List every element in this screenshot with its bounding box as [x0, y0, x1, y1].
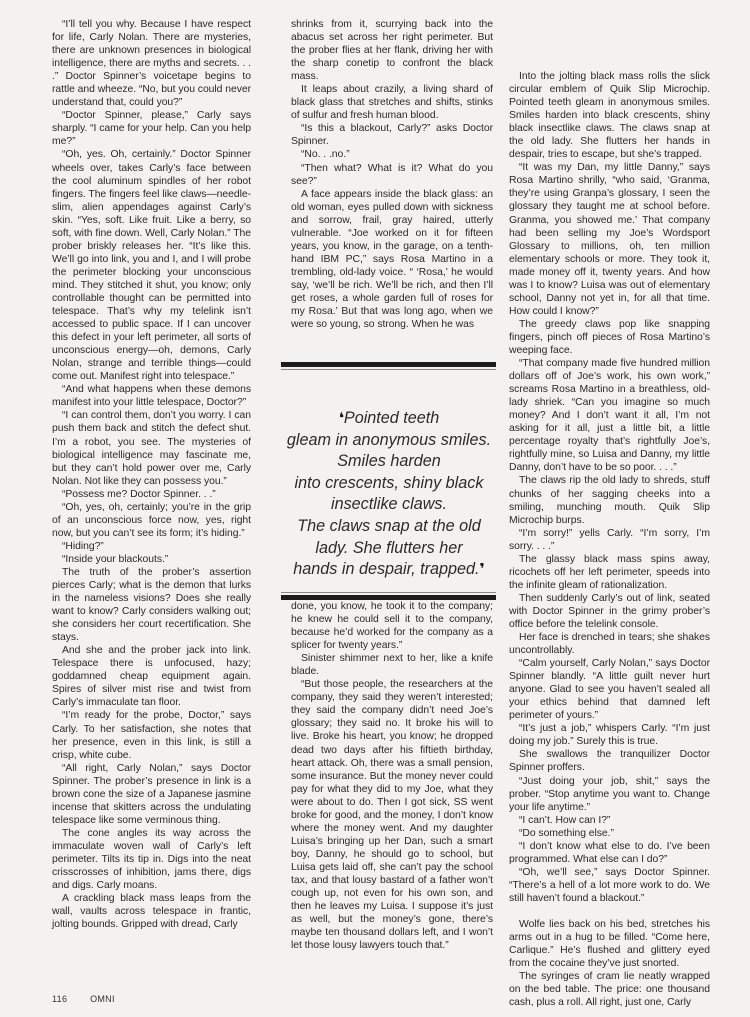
pull-quote-line-1: ❛Pointed teeth — [283, 408, 495, 430]
paragraph: Her face is drenched in tears; she shake… — [509, 631, 710, 657]
paragraph: “I’m ready for the probe, Doctor,” says … — [52, 709, 251, 761]
paragraph: “And what happens when these demons mani… — [52, 383, 251, 409]
paragraph: “Inside your blackouts.” — [52, 553, 251, 566]
paragraph: “It was my Dan, my little Danny,” says R… — [509, 161, 710, 318]
paragraph: “Then what? What is it? What do you see?… — [291, 162, 493, 188]
paragraph: “Is this a blackout, Carly?” asks Doctor… — [291, 122, 493, 148]
text-column-2-bottom: done, you know, he took it to the compan… — [291, 600, 493, 952]
paragraph: Into the jolting black mass rolls the sl… — [509, 70, 710, 161]
rule-thin — [281, 369, 496, 370]
page-footer: 116 OMNI — [52, 994, 135, 1004]
paragraph: “I don’t know what else to do. I’ve been… — [509, 840, 710, 866]
pull-quote-line-4: into crescents, shiny black — [283, 473, 495, 495]
paragraph: The claws rip the old lady to shreds, st… — [509, 474, 710, 526]
magazine-name: OMNI — [90, 994, 115, 1004]
rule-thick — [281, 362, 496, 367]
paragraph: The syringes of cram lie neatly wrapped … — [509, 970, 710, 1009]
paragraph: “It’s just a job,” whispers Carly. “I’m … — [509, 722, 710, 748]
paragraph: “I can’t. How can I?” — [509, 814, 710, 827]
paragraph: shrinks from it, scurrying back into the… — [291, 18, 493, 83]
pull-quote-line-7: lady. She flutters her — [283, 538, 495, 560]
paragraph: A face appears inside the black glass: a… — [291, 188, 493, 332]
pull-quote-line-6: The claws snap at the old — [283, 516, 495, 538]
paragraph: The truth of the prober’s assertion pier… — [52, 566, 251, 644]
paragraph: “Possess me? Doctor Spinner. . .” — [52, 488, 251, 501]
paragraph: “I can control them, don’t you worry. I … — [52, 409, 251, 487]
paragraph: “All right, Carly Nolan,” says Doctor Sp… — [52, 762, 251, 827]
paragraph: “But those people, the researchers at th… — [291, 678, 493, 952]
paragraph: The glassy black mass spins away, ricoch… — [509, 553, 710, 592]
paragraph: And she and the prober jack into link. T… — [52, 644, 251, 709]
paragraph: “Calm yourself, Carly Nolan,” says Docto… — [509, 657, 710, 722]
paragraph: “Oh, we’ll see,” says Doctor Spinner. “T… — [509, 866, 710, 905]
paragraph: It leaps about crazily, a living shard o… — [291, 83, 493, 122]
text-column-2-top: shrinks from it, scurrying back into the… — [291, 18, 493, 331]
paragraph: Then suddenly Carly’s out of link, seate… — [509, 592, 710, 631]
pull-quote-top-rule — [281, 362, 496, 370]
paragraph: The cone angles its way across the immac… — [52, 827, 251, 892]
pull-quote-line-3: Smiles harden — [283, 451, 495, 473]
close-quote-icon: ❜ — [480, 561, 485, 578]
paragraph: “Doctor Spinner, please,” Carly says sha… — [52, 109, 251, 148]
pull-quote-line-5: insectlike claws. — [283, 494, 495, 516]
paragraph: “Just doing your job, shit,” says the pr… — [509, 775, 710, 814]
paragraph: Sinister shimmer next to her, like a kni… — [291, 652, 493, 678]
paragraph: “Oh, yes, oh, certainly; you’re in the g… — [52, 501, 251, 540]
paragraph: done, you know, he took it to the compan… — [291, 600, 493, 652]
rule-thin — [281, 592, 496, 593]
paragraph: “That company made five hundred million … — [509, 357, 710, 474]
paragraph: She swallows the tranquilizer Doctor Spi… — [509, 748, 710, 774]
pull-quote-bottom-rule — [281, 592, 496, 600]
paragraph: A crackling black mass leaps from the wa… — [52, 892, 251, 931]
text-column-1: “I’ll tell you why. Because I have respe… — [52, 18, 251, 931]
paragraph: The greedy claws pop like snapping finge… — [509, 318, 710, 357]
paragraph: “Oh, yes. Oh, certainly.” Doctor Spinner… — [52, 148, 251, 383]
page-number: 116 — [52, 994, 67, 1004]
paragraph: “Hiding?” — [52, 540, 251, 553]
pull-quote-line-8: hands in despair, trapped.❜ — [283, 559, 495, 581]
paragraph: “Do something else.” — [509, 827, 710, 840]
pull-quote: ❛Pointed teeth gleam in anonymous smiles… — [283, 408, 495, 581]
pull-quote-line-2: gleam in anonymous smiles. — [283, 430, 495, 452]
paragraph: Wolfe lies back on his bed, stretches hi… — [509, 918, 710, 970]
text-column-3: Into the jolting black mass rolls the sl… — [509, 70, 710, 1009]
paragraph: “I’m sorry!” yells Carly. “I’m sorry, I’… — [509, 527, 710, 553]
paragraph: “I’ll tell you why. Because I have respe… — [52, 18, 251, 109]
paragraph: “No. . .no.” — [291, 148, 493, 161]
